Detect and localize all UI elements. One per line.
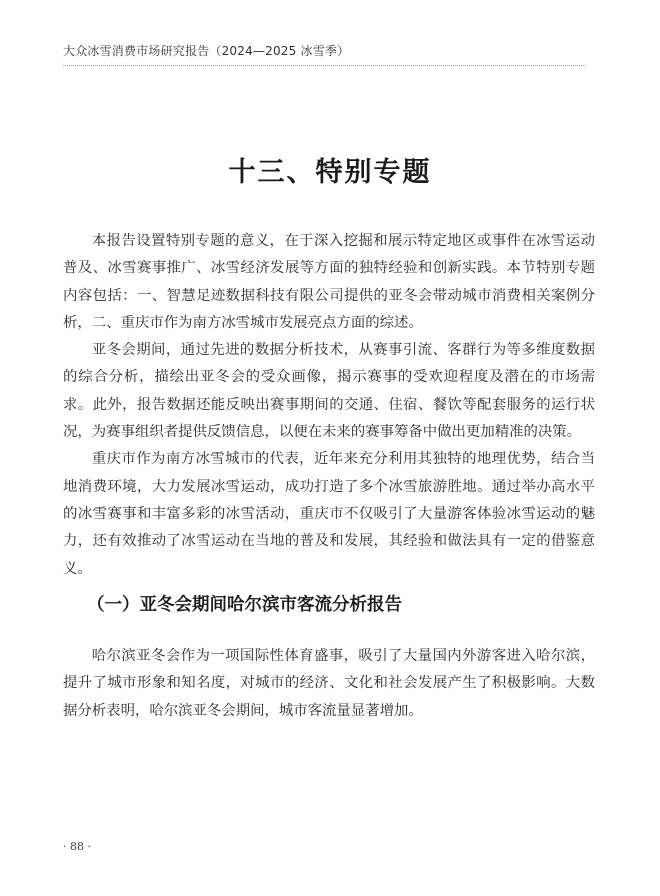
chapter-title: 十三、特别专题 bbox=[0, 150, 660, 189]
running-header: 大众冰雪消费市场研究报告（2024—2025 冰雪季） bbox=[63, 42, 349, 59]
intro-paragraph: 本报告设置特别专题的意义，在于深入挖掘和展示特定地区或事件在冰雪运动普及、冰雪赛… bbox=[63, 228, 595, 337]
intro-paragraph: 重庆市作为南方冰雪城市的代表，近年来充分利用其独特的地理优势，结合当地消费环境，… bbox=[63, 446, 595, 582]
intro-paragraph: 亚冬会期间，通过先进的数据分析技术，从赛事引流、客群行为等多维度数据的综合分析，… bbox=[63, 337, 595, 446]
section-title: （一）亚冬会期间哈尔滨市客流分析报告 bbox=[87, 591, 402, 616]
section-body: 哈尔滨亚冬会作为一项国际性体育盛事，吸引了大量国内外游客进入哈尔滨，提升了城市形… bbox=[63, 643, 595, 725]
header-divider bbox=[63, 65, 586, 66]
page-number: · 88 · bbox=[63, 840, 91, 853]
intro-text: 本报告设置特别专题的意义，在于深入挖掘和展示特定地区或事件在冰雪运动普及、冰雪赛… bbox=[63, 228, 595, 583]
section-paragraph: 哈尔滨亚冬会作为一项国际性体育盛事，吸引了大量国内外游客进入哈尔滨，提升了城市形… bbox=[63, 643, 595, 725]
